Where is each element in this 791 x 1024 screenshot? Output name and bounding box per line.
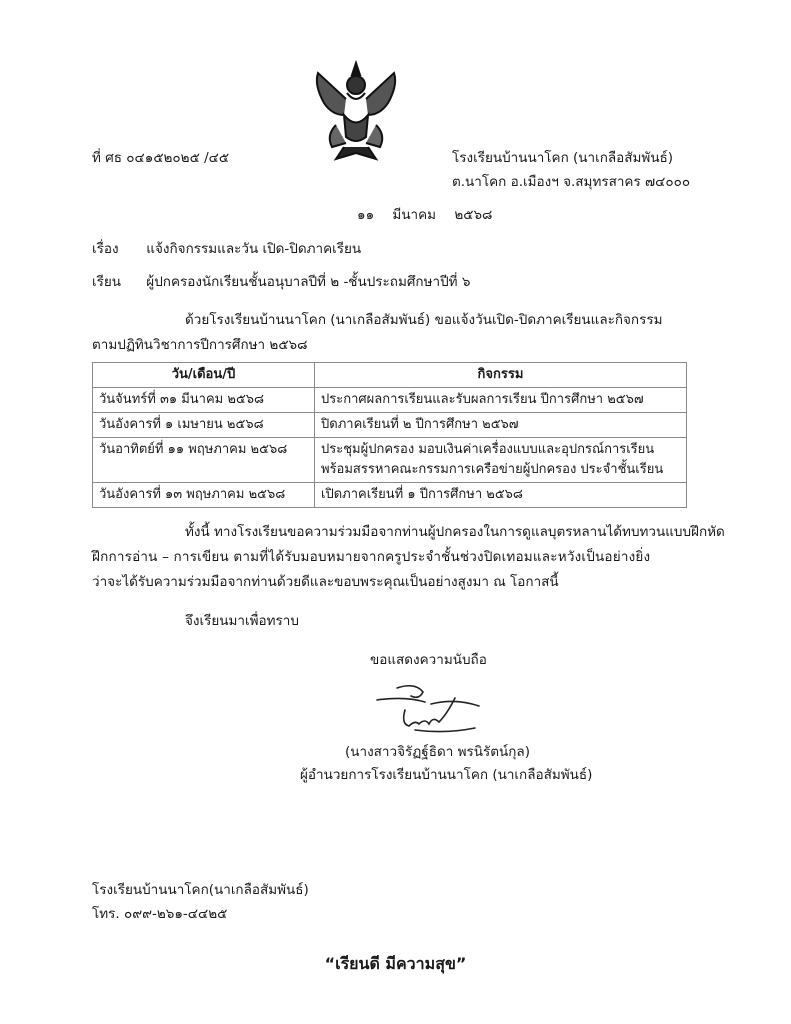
- signatory-title: ผู้อำนวยการโรงเรียนบ้านนาโคก (นาเกลือสัม…: [300, 763, 592, 785]
- table-row: วันอาทิตย์ที่ ๑๑ พฤษภาคม ๒๕๖๘ ประชุมผู้ป…: [93, 438, 687, 483]
- table-row: วันอังคารที่ ๑๓ พฤษภาคม ๒๕๖๘ เปิดภาคเรีย…: [93, 483, 687, 508]
- request-line3: ว่าจะได้รับความร่วมมือจากท่านด้วยดีและขอ…: [92, 570, 559, 592]
- activity-text: ประชุมผู้ปกครอง มอบเงินค่าเครื่องแบบและอ…: [321, 440, 680, 460]
- subject-value: แจ้งกิจกรรมและวัน เปิด-ปิดภาคเรียน: [146, 241, 361, 257]
- row-activity: ประชุมผู้ปกครอง มอบเงินค่าเครื่องแบบและอ…: [315, 438, 687, 483]
- footer-school: โรงเรียนบ้านนาโคก(นาเกลือสัมพันธ์): [92, 878, 309, 900]
- header-date: วัน/เดือน/ปี: [93, 363, 315, 388]
- regards-line: ขอแสดงความนับถือ: [370, 648, 487, 670]
- row-activity: เปิดภาคเรียนที่ ๑ ปีการศึกษา ๒๕๖๘: [315, 483, 687, 508]
- signatory-name: (นางสาวจิรัฏฐ์ธิดา พรนิรัตน์กุล): [345, 740, 530, 762]
- school-address-line2: ต.นาโคก อ.เมืองฯ จ.สมุทรสาคร ๗๔๐๐๐: [452, 170, 690, 192]
- table-row: วันจันทร์ที่ ๓๑ มีนาคม ๒๕๖๘ ประกาศผลการเ…: [93, 388, 687, 413]
- activity-text: ประกาศผลการเรียนและรับผลการเรียน ปีการศึ…: [321, 392, 644, 407]
- recipient-label: เรียน: [92, 270, 142, 292]
- table-row: วันอังคารที่ ๑ เมษายน ๒๕๖๘ ปิดภาคเรียนที…: [93, 413, 687, 438]
- activity-text: ปิดภาคเรียนที่ ๒ ปีการศึกษา ๒๕๖๗: [321, 417, 519, 432]
- request-line1: ทั้งนี้ ทางโรงเรียนขอความร่วมมือจากท่านผ…: [185, 520, 725, 542]
- handwritten-signature-icon: [375, 680, 485, 735]
- subject-row: เรื่อง แจ้งกิจกรรมและวัน เปิด-ปิดภาคเรีย…: [92, 237, 361, 259]
- recipient-row: เรียน ผู้ปกครองนักเรียนชั้นอนุบาลปีที่ ๒…: [92, 270, 470, 292]
- schedule-header-row: วัน/เดือน/ปี กิจกรรม: [93, 363, 687, 388]
- document-number: ที่ ศธ ๐๔๑๕๒๐๒๕ /๔๕: [92, 146, 229, 168]
- intro-line2: ตามปฏิทินวิชาการปีการศึกษา ๒๕๖๘: [92, 333, 308, 355]
- header-activity: กิจกรรม: [315, 363, 687, 388]
- document-date: ๑๑ มีนาคม ๒๕๖๘: [357, 203, 492, 225]
- school-motto: “เรียนดี มีความสุข”: [0, 952, 791, 977]
- row-activity: ปิดภาคเรียนที่ ๒ ปีการศึกษา ๒๕๖๗: [315, 413, 687, 438]
- school-address-line1: โรงเรียนบ้านนาโคก (นาเกลือสัมพันธ์): [452, 146, 673, 168]
- garuda-emblem-icon: [306, 55, 406, 165]
- footer-phone: โทร. ๐๙๙-๒๖๑-๔๔๒๕: [92, 902, 227, 924]
- row-date: วันจันทร์ที่ ๓๑ มีนาคม ๒๕๖๘: [93, 388, 315, 413]
- row-date: วันอาทิตย์ที่ ๑๑ พฤษภาคม ๒๕๖๘: [93, 438, 315, 483]
- recipient-value: ผู้ปกครองนักเรียนชั้นอนุบาลปีที่ ๒ -ชั้น…: [146, 274, 470, 290]
- row-date: วันอังคารที่ ๑ เมษายน ๒๕๖๘: [93, 413, 315, 438]
- schedule-table: วัน/เดือน/ปี กิจกรรม วันจันทร์ที่ ๓๑ มีน…: [92, 362, 687, 508]
- row-date: วันอังคารที่ ๑๓ พฤษภาคม ๒๕๖๘: [93, 483, 315, 508]
- row-activity: ประกาศผลการเรียนและรับผลการเรียน ปีการศึ…: [315, 388, 687, 413]
- request-line2: ฝึกการอ่าน – การเขียน ตามที่ได้รับมอบหมา…: [92, 545, 650, 567]
- subject-label: เรื่อง: [92, 237, 142, 259]
- intro-line1: ด้วยโรงเรียนบ้านนาโคก (นาเกลือสัมพันธ์) …: [185, 308, 663, 330]
- closing-line: จึงเรียนมาเพื่อทราบ: [185, 609, 299, 631]
- activity-text: เปิดภาคเรียนที่ ๑ ปีการศึกษา ๒๕๖๘: [321, 487, 523, 502]
- activity-text-continued: พร้อมสรรหาคณะกรรมการเครือข่ายผู้ปกครอง ป…: [321, 460, 680, 480]
